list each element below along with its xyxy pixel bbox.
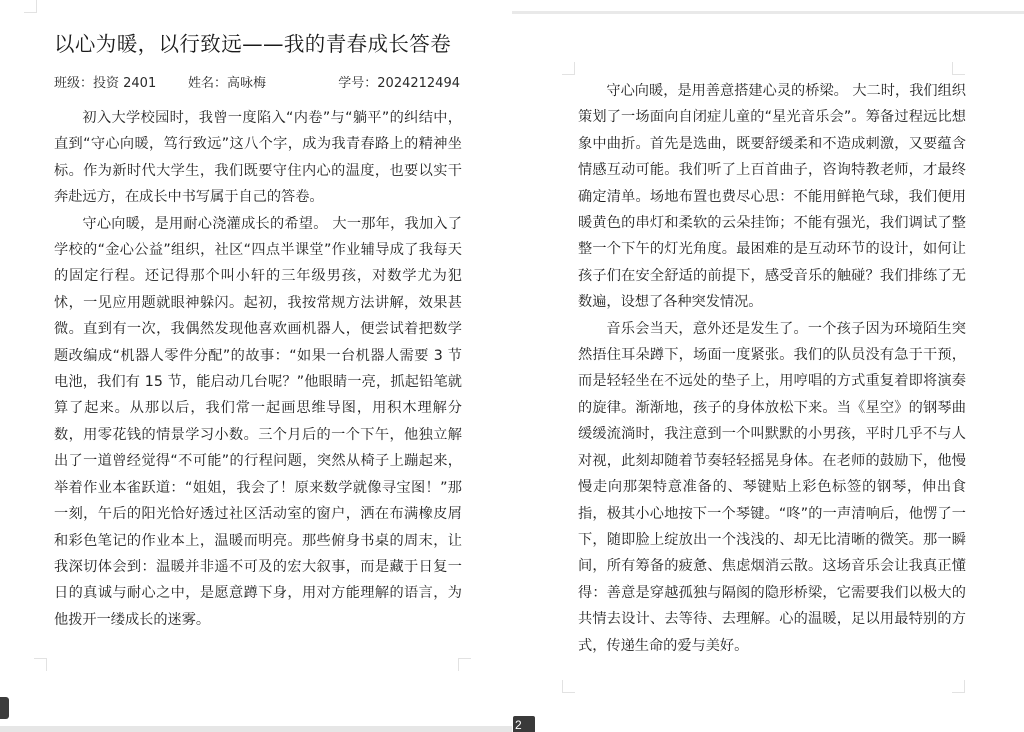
class-label: 班级：投资 2401 bbox=[54, 72, 156, 91]
crop-mark-bottom-right bbox=[952, 680, 965, 693]
paragraph: 初入大学校园时，我曾一度陷入“内卷”与“躺平”的纠结中，直到“守心向暖，笃行致远… bbox=[54, 105, 462, 211]
right-page-body: 守心向暖，是用善意搭建心灵的桥梁。 大二时，我们组织策划了一场面向自闭症儿童的“… bbox=[578, 78, 966, 659]
name-label: 姓名：高咏梅 bbox=[188, 72, 266, 91]
paragraph: 守心向暖，是用耐心浇灌成长的希望。 大一那年，我加入了学校的“金心公益”组织，社… bbox=[54, 211, 462, 634]
page-number-badge: 2 bbox=[513, 716, 535, 732]
document-page-left: 以心为暖，以行致远——我的青春成长答卷 班级：投资 2401 姓名：高咏梅 学号… bbox=[0, 0, 508, 726]
crop-mark-top-left bbox=[562, 62, 575, 75]
paragraph: 守心向暖，是用善意搭建心灵的桥梁。 大二时，我们组织策划了一场面向自闭症儿童的“… bbox=[578, 78, 966, 316]
crop-mark-bottom-right bbox=[458, 658, 471, 671]
crop-mark-top-right bbox=[952, 62, 965, 75]
crop-mark-bottom-left bbox=[34, 658, 47, 671]
crop-mark-top-left bbox=[24, 0, 37, 13]
student-id-label: 学号：2024212494 bbox=[338, 72, 460, 91]
paragraph: 音乐会当天，意外还是发生了。一个孩子因为环境陌生突然捂住耳朵蹲下，场面一度紧张。… bbox=[578, 316, 966, 659]
crop-mark-bottom-left bbox=[562, 680, 575, 693]
sidebar-toggle-tab[interactable] bbox=[0, 697, 9, 719]
horizontal-scrollbar[interactable] bbox=[0, 726, 512, 732]
document-title: 以心为暖，以行致远——我的青春成长答卷 bbox=[54, 27, 474, 57]
student-info-row: 班级：投资 2401 姓名：高咏梅 学号：2024212494 bbox=[54, 72, 460, 90]
left-page-body: 初入大学校园时，我曾一度陷入“内卷”与“躺平”的纠结中，直到“守心向暖，笃行致远… bbox=[54, 105, 462, 633]
